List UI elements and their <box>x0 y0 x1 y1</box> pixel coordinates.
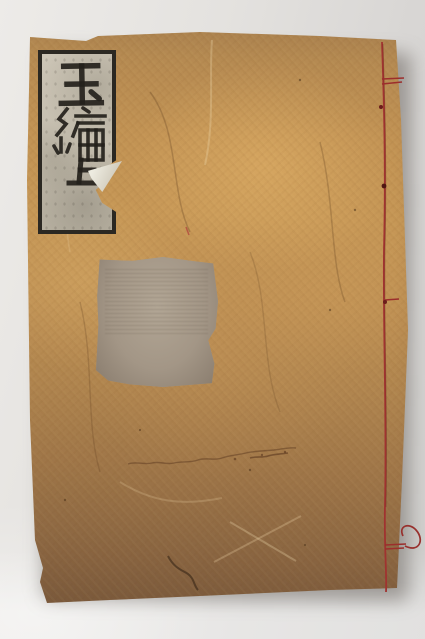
photo-canvas: 玉 編 <box>0 0 425 639</box>
binding-thread <box>0 0 425 639</box>
